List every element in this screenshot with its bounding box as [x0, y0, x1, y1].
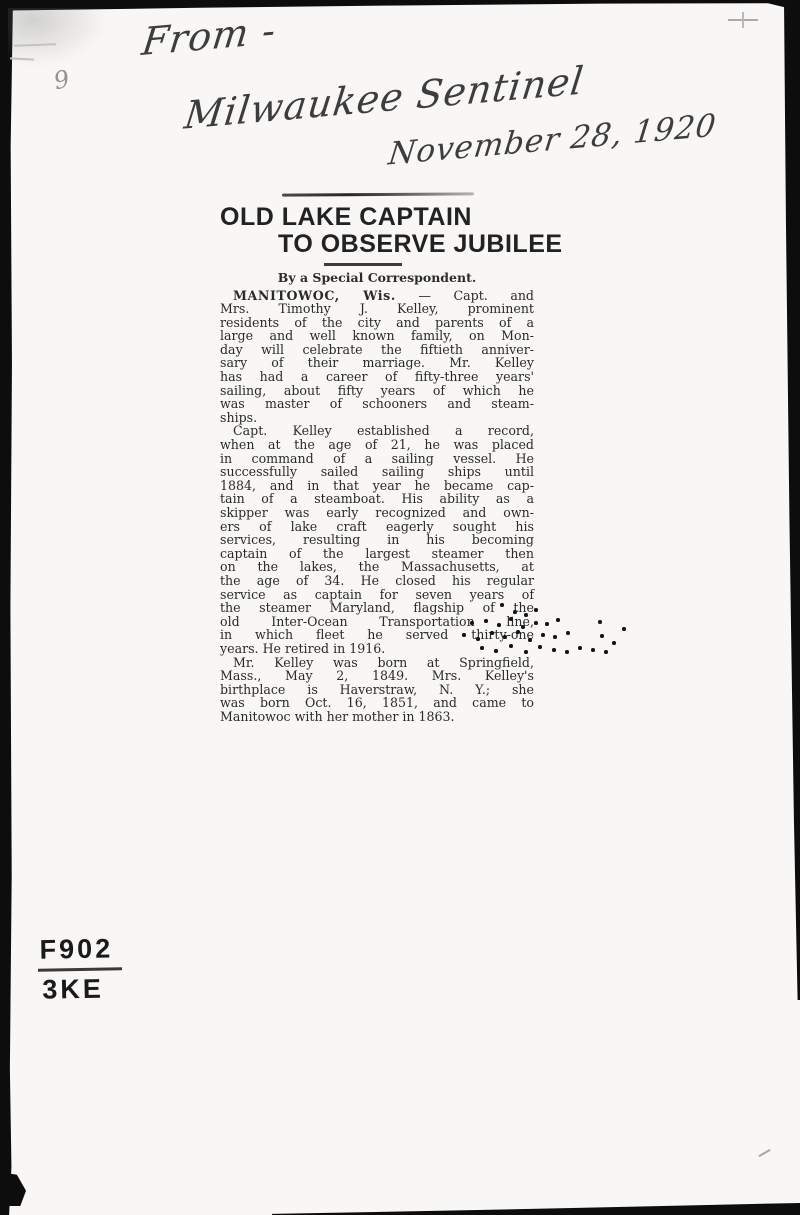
article-line: large and well known family, on Mon- — [220, 329, 534, 343]
ink-dot — [524, 650, 528, 654]
article-line: Manitowoc with her mother in 1863. — [220, 710, 534, 724]
ink-dot — [462, 633, 466, 637]
ink-dot — [516, 630, 520, 634]
ink-dot — [528, 638, 532, 642]
article-line: the age of 34. He closed his regular — [220, 574, 534, 588]
article-line: sary of their marriage. Mr. Kelley — [220, 356, 534, 370]
ink-dot — [538, 645, 542, 649]
article-line: on the lakes, the Massachusetts, at — [220, 560, 534, 574]
headline-line-1: OLD LAKE CAPTAIN — [220, 204, 534, 231]
scanned-newspaper-clipping-page: From - Milwaukee Sentinel November 28, 1… — [0, 0, 800, 1215]
scan-edge-top — [0, 0, 800, 13]
article-line: Mr. Kelley was born at Springfield, — [220, 656, 534, 670]
byline-rule — [324, 263, 402, 266]
ink-dot — [509, 617, 513, 621]
byline: By a Special Correspondent. — [220, 270, 534, 285]
article-line: service as captain for seven years of — [220, 588, 534, 602]
ink-dot — [521, 625, 525, 629]
ink-dot — [598, 620, 602, 624]
ink-dot — [541, 633, 545, 637]
scan-edge-left — [0, 0, 13, 1215]
ink-dot — [476, 637, 480, 641]
article-line: ships. — [220, 411, 534, 425]
article-line: in command of a sailing vessel. He — [220, 452, 534, 466]
ink-dot — [513, 610, 517, 614]
ink-dot — [553, 635, 557, 639]
article-line: the steamer Maryland, flagship of the — [220, 601, 534, 615]
article-line: Mass., May 2, 1849. Mrs. Kelley's — [220, 669, 534, 683]
handwritten-corner-number: 9 — [51, 65, 72, 96]
article-line: has had a career of fifty-three years' — [220, 370, 534, 384]
article-line: in which fleet he served thirty-one — [220, 628, 534, 642]
article-line: was born Oct. 16, 1851, and came to — [220, 696, 534, 710]
article-line: day will celebrate the fiftieth anniver- — [220, 343, 534, 357]
ink-dot — [500, 603, 504, 607]
article-line: successfully sailed sailing ships until — [220, 465, 534, 479]
newspaper-clipping: OLD LAKE CAPTAIN TO OBSERVE JUBILEE By a… — [220, 186, 534, 724]
ink-dot — [480, 646, 484, 650]
article-line: birthplace is Haverstraw, N. Y.; she — [220, 683, 534, 697]
ink-dot — [600, 634, 604, 638]
article-line: residents of the city and parents of a — [220, 316, 534, 330]
ink-dot — [566, 631, 570, 635]
article-body: MANITOWOC, Wis. — Capt. andMrs. Timothy … — [220, 289, 534, 724]
ink-dot — [494, 649, 498, 653]
smudge-mark — [758, 1149, 770, 1157]
ink-dot — [524, 613, 528, 617]
ink-dot — [552, 648, 556, 652]
scan-edge-corner-bottom-left — [0, 1172, 26, 1206]
ink-dot — [497, 623, 501, 627]
cross-vertical-stroke — [742, 12, 744, 28]
article-line: Capt. Kelley established a record, — [220, 424, 534, 438]
ink-dot — [604, 650, 608, 654]
ink-dot — [503, 635, 507, 639]
handwritten-date: November 28, 1920 — [386, 107, 718, 172]
headline-top-rule — [282, 192, 474, 196]
registration-cross-mark — [728, 10, 758, 30]
article-line: 1884, and in that year he became cap- — [220, 479, 534, 493]
archive-code-bottom: 3KE — [38, 970, 122, 1005]
ink-dot — [578, 646, 582, 650]
article-line: when at the age of 21, he was placed — [220, 438, 534, 452]
scan-edge-bottom — [0, 1201, 800, 1215]
ink-dot — [591, 648, 595, 652]
ink-dot — [565, 650, 569, 654]
ink-dot — [622, 627, 626, 631]
article-line: ers of lake craft eagerly sought his — [220, 520, 534, 534]
article-line: Mrs. Timothy J. Kelley, prominent — [220, 302, 534, 316]
article-line: tain of a steamboat. His ability as a — [220, 492, 534, 506]
article-line: was master of schooners and steam- — [220, 397, 534, 411]
article-line: sailing, about fifty years of which he — [220, 384, 534, 398]
article-line: MANITOWOC, Wis. — Capt. and — [220, 289, 534, 303]
article-line: services, resulting in his becoming — [220, 533, 534, 547]
ink-dot — [534, 621, 538, 625]
archive-code: F902 3KE — [37, 933, 122, 1005]
ink-dot — [534, 608, 538, 612]
ink-dot — [509, 644, 513, 648]
scan-edge-right — [784, 0, 800, 1000]
ink-dot — [484, 619, 488, 623]
article-line: years. He retired in 1916. — [220, 642, 534, 656]
headline-line-2: TO OBSERVE JUBILEE — [278, 231, 534, 258]
ink-dot — [490, 631, 494, 635]
archive-code-top: F902 — [37, 933, 121, 971]
article-line: captain of the largest steamer then — [220, 547, 534, 561]
ink-dot — [612, 641, 616, 645]
article-line: skipper was early recognized and own- — [220, 506, 534, 520]
ink-dot — [556, 618, 560, 622]
ink-dot — [545, 622, 549, 626]
ink-dot — [470, 621, 474, 625]
handwritten-from-label: From - — [140, 8, 279, 64]
